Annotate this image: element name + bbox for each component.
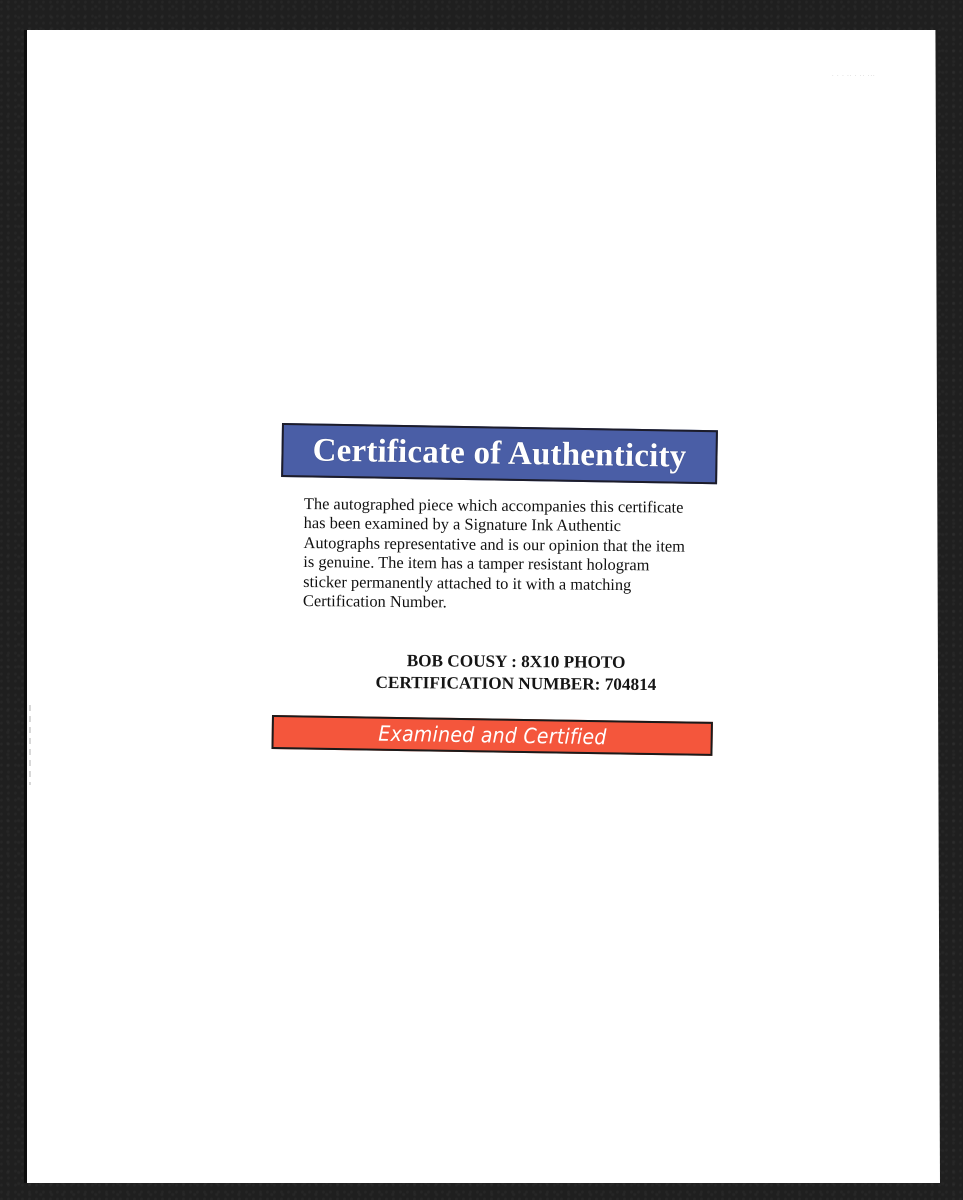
certificate-body: The autographed piece which accompanies … (303, 494, 734, 615)
body-line: Certification Number. (303, 591, 733, 615)
item-description: BOB COUSY : 8X10 PHOTO (326, 650, 706, 675)
certification-number: CERTIFICATION NUMBER: 704814 (326, 672, 706, 697)
faint-corner-marks: · · · ·· · ·· ··· (832, 73, 876, 79)
faint-margin-marks (29, 705, 31, 785)
examined-certified-text: Examined and Certified (378, 722, 607, 750)
title-banner: Certificate of Authenticity (281, 423, 718, 484)
item-info: BOB COUSY : 8X10 PHOTO CERTIFICATION NUM… (326, 650, 706, 697)
certificate-title: Certificate of Authenticity (312, 432, 686, 475)
examined-certified-banner: Examined and Certified (271, 715, 712, 756)
paper-shadow-edge (24, 30, 27, 1183)
certificate-sticker: Certificate of Authenticity The autograp… (266, 418, 732, 774)
